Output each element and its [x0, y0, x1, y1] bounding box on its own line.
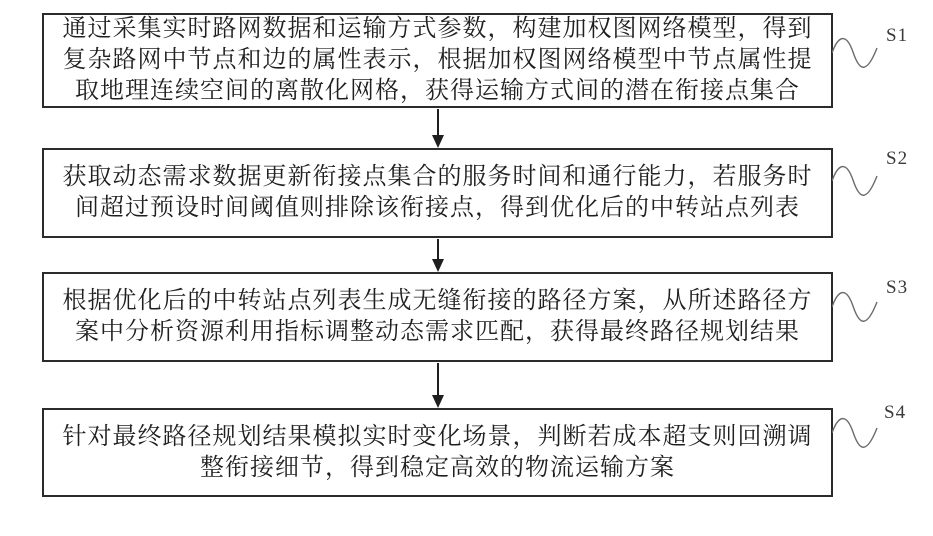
step-2-text-line-1: 获取动态需求数据更新衔接点集合的服务时间和通行能力，若服务时	[44, 162, 831, 193]
step-3-text-line-1: 根据优化后的中转站点列表生成无缝衔接的路径方案，从所述路径方	[44, 286, 831, 317]
flow-arrow-step1-to-step2	[431, 109, 444, 148]
arrow-down-icon	[432, 259, 444, 272]
step-1-text-line-1: 通过采集实时路网数据和运输方式参数，构建加权图网络模型，得到	[44, 14, 831, 45]
arrow-shaft	[437, 363, 439, 396]
s2-label-connector-squiggle	[832, 158, 880, 208]
step-label-s3: S3	[886, 277, 908, 299]
step-4-text-line-2: 整衔接细节，得到稳定高效的物流运输方案	[44, 453, 831, 484]
step-3-text-line-2: 案中分析资源利用指标调整动态需求匹配，获得最终路径规划结果	[44, 317, 831, 348]
arrow-down-icon	[432, 135, 444, 148]
s1-label-connector-squiggle	[832, 30, 880, 80]
flowchart-canvas: 通过采集实时路网数据和运输方式参数，构建加权图网络模型，得到 复杂路网中节点和边…	[0, 0, 933, 536]
step-label-s1: S1	[886, 25, 908, 47]
flow-step-box-2: 获取动态需求数据更新衔接点集合的服务时间和通行能力，若服务时 间超过预设时间阈值…	[42, 148, 833, 238]
step-4-text-line-1: 针对最终路径规划结果模拟实时变化场景，判断若成本超支则回溯调	[44, 422, 831, 453]
step-label-s2: S2	[886, 148, 908, 170]
arrow-shaft	[437, 239, 439, 260]
flow-step-box-4: 针对最终路径规划结果模拟实时变化场景，判断若成本超支则回溯调 整衔接细节，得到稳…	[42, 408, 833, 497]
step-label-s4: S4	[884, 402, 906, 424]
arrow-shaft	[437, 109, 439, 136]
step-2-text-line-2: 间超过预设时间阈值则排除该衔接点，得到优化后的中转站点列表	[44, 193, 831, 224]
s3-label-connector-squiggle	[832, 284, 880, 334]
flow-arrow-step3-to-step4	[431, 363, 444, 408]
arrow-down-icon	[432, 395, 444, 408]
flow-step-box-1: 通过采集实时路网数据和运输方式参数，构建加权图网络模型，得到 复杂路网中节点和边…	[42, 13, 833, 108]
flow-arrow-step2-to-step3	[431, 239, 444, 272]
step-1-text-line-3: 取地理连续空间的离散化网格，获得运输方式间的潜在衔接点集合	[44, 76, 831, 107]
s4-label-connector-squiggle	[832, 410, 880, 460]
flow-step-box-3: 根据优化后的中转站点列表生成无缝衔接的路径方案，从所述路径方 案中分析资源利用指…	[42, 272, 833, 362]
step-1-text-line-2: 复杂路网中节点和边的属性表示，根据加权图网络模型中节点属性提	[44, 45, 831, 76]
